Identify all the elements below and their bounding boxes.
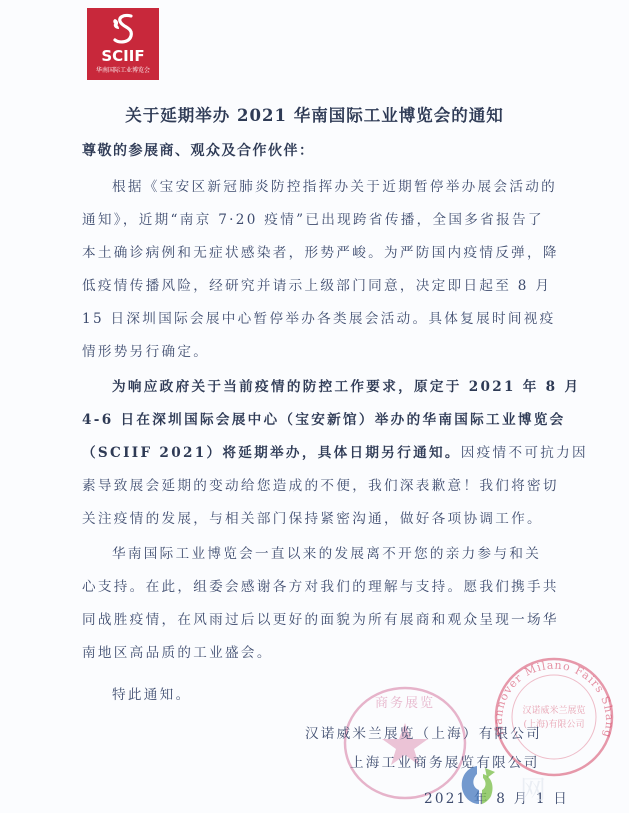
- paragraph-line: 同战胜疫情，在风雨过后以更好的面貌为所有展商和观众呈现一场华: [82, 604, 462, 637]
- paragraph-line: 根据《宝安区新冠肺炎防控指挥办关于近期暂停举办展会活动的: [82, 171, 462, 204]
- paragraph-line: 低疫情传播风险，经研究并请示上级部门同意，决定即日起至 8 月: [82, 270, 462, 303]
- notice-document: SCIIF 华南国际工业博览会 关于延期举办 2021 华南国际工业博览会的通知…: [0, 0, 629, 813]
- paragraph-line: 关注疫情的发展，与相关部门保持紧密沟通，做好各项协调工作。: [82, 503, 462, 536]
- closing-remark: 特此通知。: [112, 683, 191, 703]
- paragraph-line: 南地区高品质的工业盛会。: [82, 637, 462, 670]
- paragraph-line: 通知》，近期“南京 7·20 疫情”已出现跨省传播，全国多省报告了: [82, 204, 462, 237]
- paragraph-line: 本土确诊病例和无症状感染者，形势严峻。为严防国内疫情反弹，降: [82, 237, 462, 270]
- paragraph-line-bold: （SCIIF 2021）将延期举办，具体日期另行通知。: [82, 445, 461, 461]
- paragraph-line-tail: 因疫情不可抗力因: [461, 445, 588, 461]
- salutation: 尊敬的参展商、观众及合作伙伴：: [82, 140, 315, 160]
- paragraph-line-bold: 为响应政府关于当前疫情的防控工作要求，原定于 2021 年 8 月: [82, 371, 462, 404]
- sciif-logo: SCIIF 华南国际工业博览会: [87, 8, 159, 80]
- site-watermark-icon: [455, 760, 505, 810]
- sciif-s-leaf-icon: [109, 12, 139, 46]
- paragraph-line: 情形势另行确定。: [82, 336, 462, 369]
- paragraph-line-mixed: （SCIIF 2021）将延期举办，具体日期另行通知。因疫情不可抗力因: [82, 437, 462, 470]
- paragraph-line: 素导致展会延期的变动给您造成的不便，我们深表歉意！我们将密切: [82, 470, 462, 503]
- paragraph-1: 根据《宝安区新冠肺炎防控指挥办关于近期暂停举办展会活动的 通知》，近期“南京 7…: [82, 171, 462, 369]
- paragraph-line: 15 日深圳国际会展中心暂停举办各类展会活动。具体复展时间视疫: [82, 303, 462, 336]
- svg-text:汉诺威米兰展览: 汉诺威米兰展览: [522, 704, 585, 716]
- company-seal-stamp-icon: 商务展览: [340, 683, 470, 803]
- watermark-text: 网: [520, 770, 550, 807]
- paragraph-2: 为响应政府关于当前疫情的防控工作要求，原定于 2021 年 8 月 4-6 日在…: [82, 371, 462, 536]
- signatory-2: 上海工业商务展览有限公司: [350, 751, 540, 771]
- signatory-1: 汉诺威米兰展览（上海）有限公司: [305, 722, 542, 742]
- logo-name: SCIIF: [87, 48, 159, 64]
- svg-text:商务展览: 商务展览: [375, 695, 435, 711]
- paragraph-line: 心支持。在此，组委会感谢各方对我们的理解与支持。愿我们携手共: [82, 571, 462, 604]
- document-title: 关于延期举办 2021 华南国际工业博览会的通知: [0, 102, 629, 126]
- paragraph-line-bold: 4-6 日在深圳国际会展中心（宝安新馆）举办的华南国际工业博览会: [82, 404, 462, 437]
- paragraph-3: 华南国际工业博览会一直以来的发展离不开您的亲力参与和关 心支持。在此，组委会感谢…: [82, 538, 462, 670]
- paragraph-line: 华南国际工业博览会一直以来的发展离不开您的亲力参与和关: [82, 538, 462, 571]
- logo-subtitle: 华南国际工业博览会: [87, 67, 159, 75]
